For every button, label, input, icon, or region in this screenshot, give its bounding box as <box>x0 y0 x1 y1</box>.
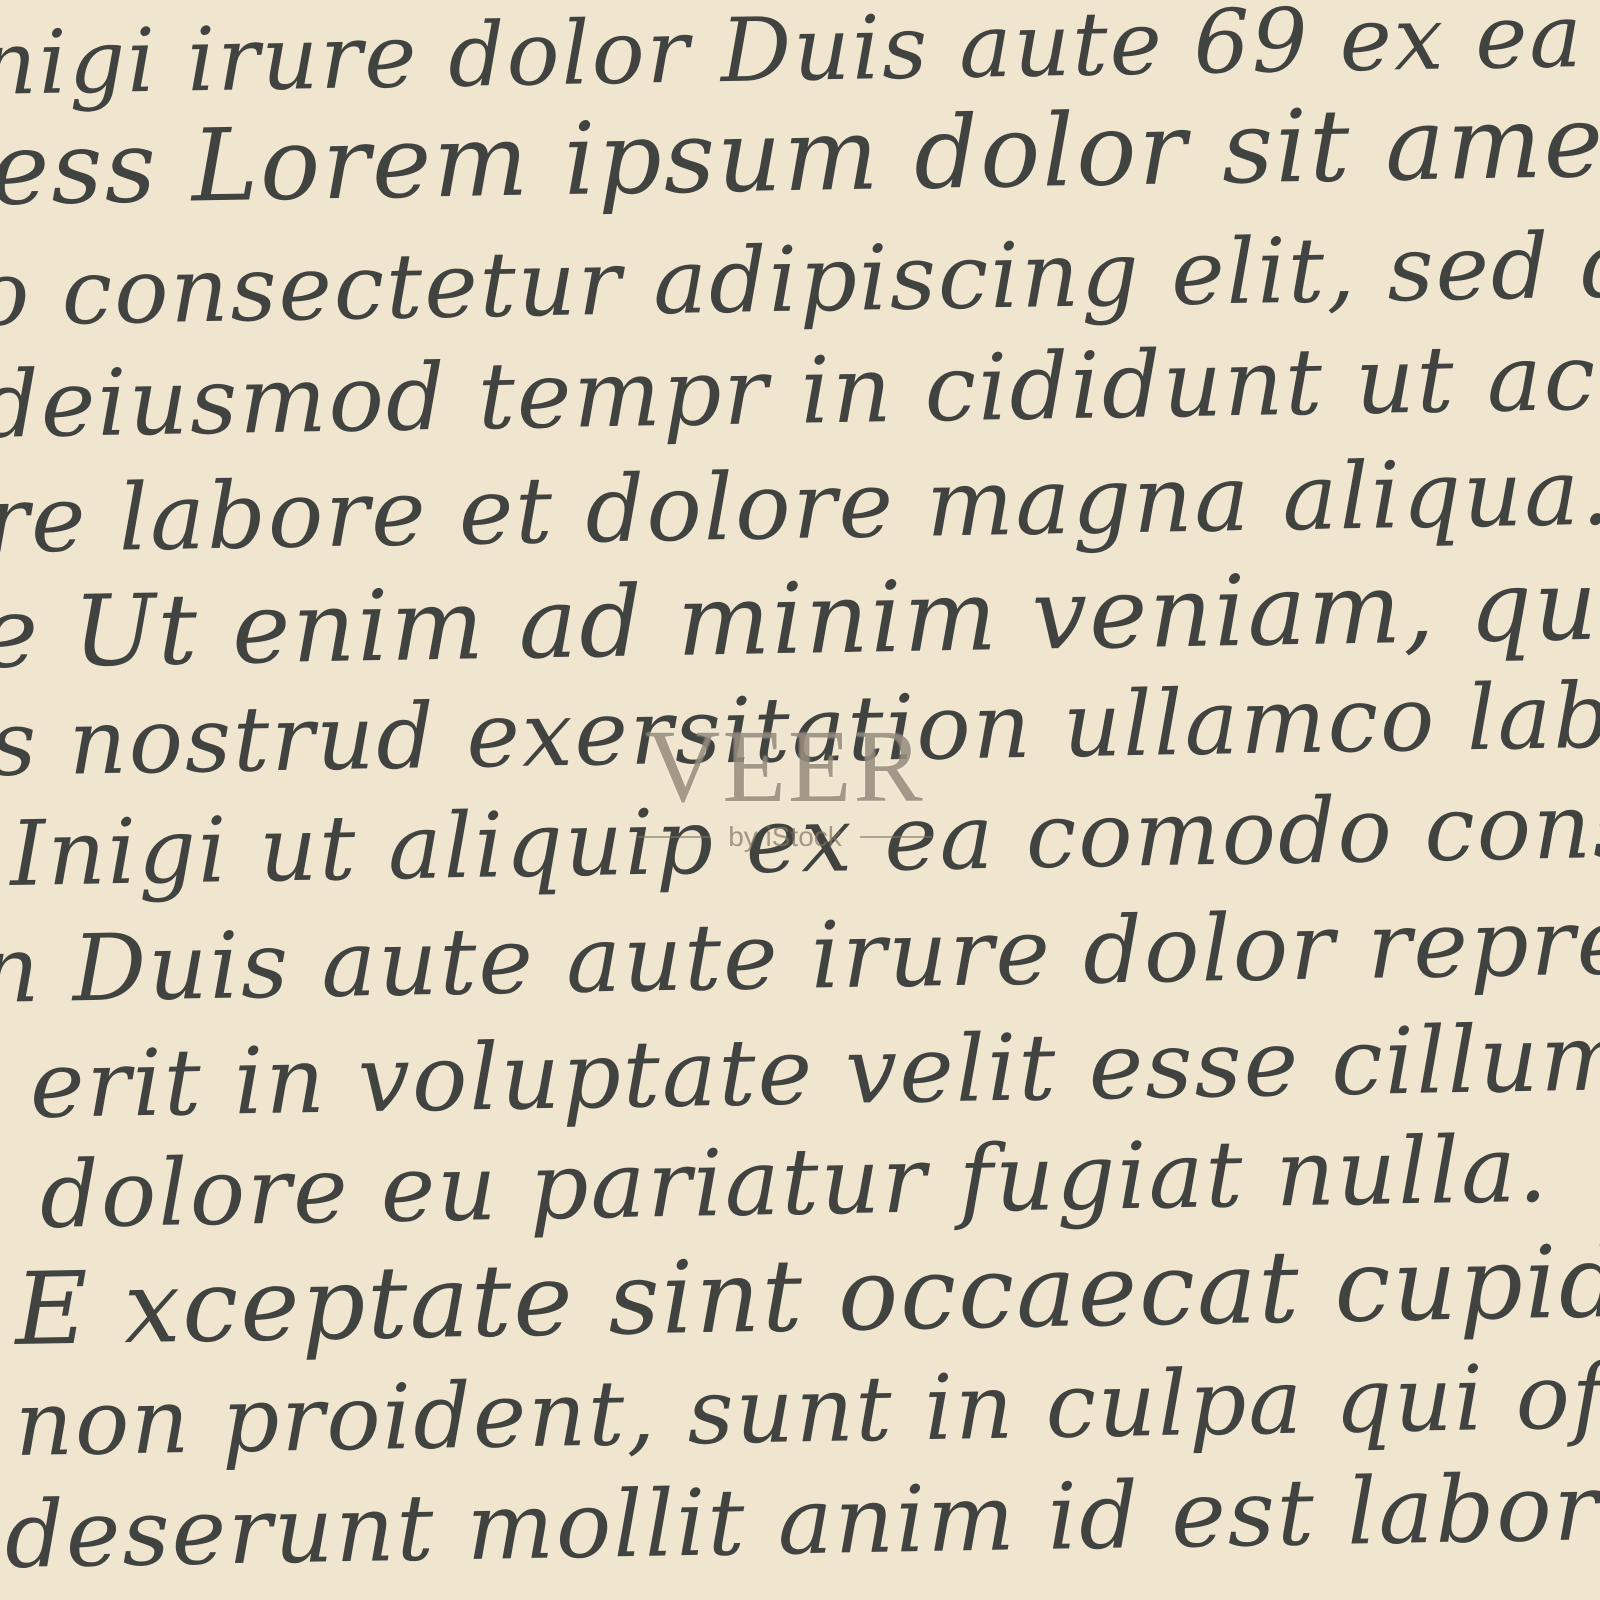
handwriting-line: o consectetur adipiscing elit, sed do <box>0 220 1600 340</box>
handwriting-line: e Ut enim ad minim veniam, quis ess <box>0 552 1600 683</box>
handwriting-line: n Duis aute aute irure dolor reprehen <box>0 893 1600 1017</box>
handwriting-line: erit in voluptate velit esse cillum <box>29 1012 1600 1132</box>
handwriting-line: deiusmod tempr in cididunt ut ac <box>0 332 1598 452</box>
handwriting-line: ess Lorem ipsum dolor sit amet, e <box>0 89 1600 220</box>
handwriting-line: dolore eu pariatur fugiat nulla. <box>39 1124 1550 1242</box>
handwriting-line: deserunt mollit anim id est laborum. I <box>4 1458 1600 1582</box>
handwriting-pattern: nigi irure dolor Duis aute 69 ex ea ness… <box>0 0 1600 1600</box>
handwriting-line: Inigi ut aliquip ex ea comodo conseq. <box>9 779 1600 900</box>
handwriting-line: non proident, sunt in culpa qui offi <box>14 1351 1600 1470</box>
handwriting-line: re labore et dolore magna aliqua. u <box>0 445 1600 567</box>
handwriting-line: E xceptate sint occaecat cupidat <box>14 1230 1600 1360</box>
handwriting-line: s nostrud exersitation ullamco labori <box>0 669 1600 790</box>
